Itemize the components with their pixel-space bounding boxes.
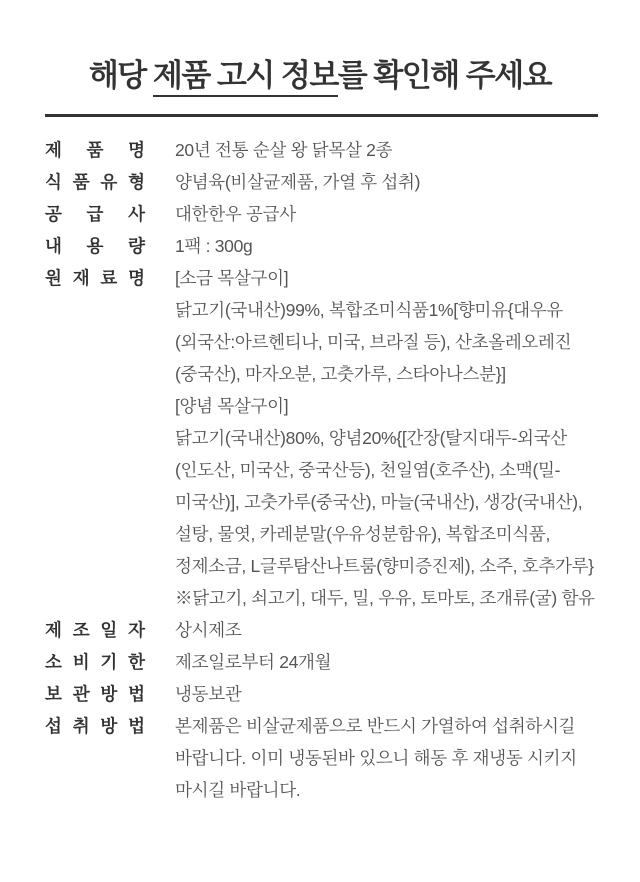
value-line: 마시길 바랍니다. — [175, 774, 577, 806]
row-label: 보 관 방 법 — [45, 678, 145, 710]
row-label: 섭 취 방 법 — [45, 710, 145, 742]
value-line: [양념 목살구이] — [175, 390, 595, 422]
title-underlined: 제품 고시 정보 — [153, 58, 338, 97]
row-label: 식 품 유 형 — [45, 166, 145, 198]
info-table: 제 품 명 20년 전통 순살 왕 닭목살 2종 식 품 유 형 양념육(비살균… — [45, 134, 605, 806]
row-value: 제조일로부터 24개월 — [175, 646, 331, 678]
info-row-food-type: 식 품 유 형 양념육(비살균제품, 가열 후 섭취) — [45, 166, 605, 198]
info-row-consumption-method: 섭 취 방 법 본제품은 비살균제품으로 반드시 가열하여 섭취하시길 바랍니다… — [45, 710, 605, 806]
row-label: 제 조 일 자 — [45, 614, 145, 646]
row-label: 공 급 사 — [45, 198, 145, 230]
info-row-manufacture-date: 제 조 일 자 상시제조 — [45, 614, 605, 646]
value-line: 미국산)], 고춧가루(중국산), 마늘(국내산), 생강(국내산), — [175, 486, 595, 518]
title-divider — [45, 114, 598, 117]
row-label: 원 재 료 명 — [45, 262, 145, 294]
row-value: 대한한우 공급사 — [175, 198, 296, 230]
value-line: 대한한우 공급사 — [175, 198, 296, 230]
title-post: 를 확인해 주세요 — [338, 58, 551, 93]
row-value: 양념육(비살균제품, 가열 후 섭취) — [175, 166, 420, 198]
value-line: 20년 전통 순살 왕 닭목살 2종 — [175, 134, 392, 166]
value-line: (중국산), 마자오분, 고춧가루, 스타아나스분}] — [175, 358, 595, 390]
info-row-storage-method: 보 관 방 법 냉동보관 — [45, 678, 605, 710]
value-line: 제조일로부터 24개월 — [175, 646, 331, 678]
page-title: 해당 제품 고시 정보를 확인해 주세요 — [0, 50, 640, 95]
row-value: 20년 전통 순살 왕 닭목살 2종 — [175, 134, 392, 166]
product-disclosure-page: 해당 제품 고시 정보를 확인해 주세요 제 품 명 20년 전통 순살 왕 닭… — [0, 0, 640, 882]
row-value: [소금 목살구이] 닭고기(국내산)99%, 복합조미식품1%[향미유{대우유 … — [175, 262, 595, 614]
value-line: 설탕, 물엿, 카레분말(우유성분함유), 복합조미식품, — [175, 518, 595, 550]
info-row-shelf-life: 소 비 기 한 제조일로부터 24개월 — [45, 646, 605, 678]
value-line: (외국산:아르헨티나, 미국, 브라질 등), 산초올레오레진 — [175, 326, 595, 358]
title-pre: 해당 — [89, 58, 153, 93]
value-line: 냉동보관 — [175, 678, 241, 710]
info-row-ingredients: 원 재 료 명 [소금 목살구이] 닭고기(국내산)99%, 복합조미식품1%[… — [45, 262, 605, 614]
row-label: 제 품 명 — [45, 134, 145, 166]
value-line: 닭고기(국내산)80%, 양념20%{[간장(탈지대두-외국산 — [175, 422, 595, 454]
value-line: (인도산, 미국산, 중국산등), 천일염(호주산), 소맥(밀- — [175, 454, 595, 486]
row-value: 상시제조 — [175, 614, 241, 646]
info-row-product-name: 제 품 명 20년 전통 순살 왕 닭목살 2종 — [45, 134, 605, 166]
value-line: [소금 목살구이] — [175, 262, 595, 294]
value-line: 바랍니다. 이미 냉동된바 있으니 해동 후 재냉동 시키지 — [175, 742, 577, 774]
value-line: 본제품은 비살균제품으로 반드시 가열하여 섭취하시길 — [175, 710, 577, 742]
row-label: 소 비 기 한 — [45, 646, 145, 678]
value-line: 정제소금, L글루탐산나트룸(향미증진제), 소주, 호추가루} — [175, 550, 595, 582]
row-value: 1팩 : 300g — [175, 230, 252, 262]
row-label: 내 용 량 — [45, 230, 145, 262]
value-line: 닭고기(국내산)99%, 복합조미식품1%[향미유{대우유 — [175, 294, 595, 326]
value-line: 양념육(비살균제품, 가열 후 섭취) — [175, 166, 420, 198]
info-row-net-content: 내 용 량 1팩 : 300g — [45, 230, 605, 262]
row-value: 냉동보관 — [175, 678, 241, 710]
info-row-supplier: 공 급 사 대한한우 공급사 — [45, 198, 605, 230]
value-line: ※닭고기, 쇠고기, 대두, 밀, 우유, 토마토, 조개류(굴) 함유 — [175, 582, 595, 614]
value-line: 1팩 : 300g — [175, 230, 252, 262]
row-value: 본제품은 비살균제품으로 반드시 가열하여 섭취하시길 바랍니다. 이미 냉동된… — [175, 710, 577, 806]
value-line: 상시제조 — [175, 614, 241, 646]
